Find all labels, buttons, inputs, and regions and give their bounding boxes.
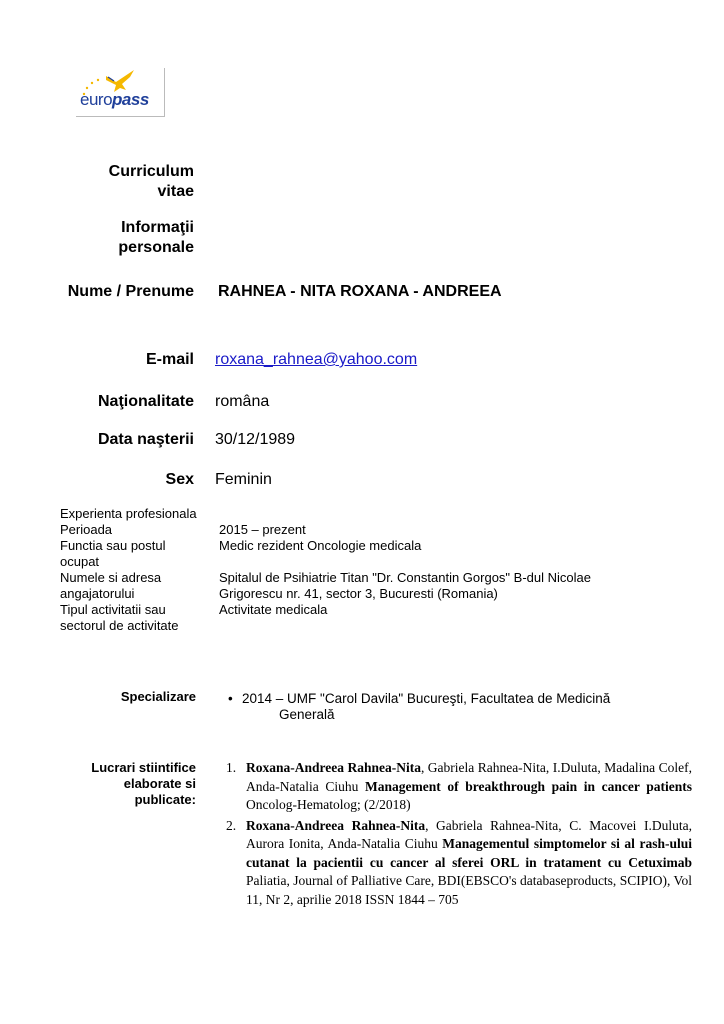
birthdate-label: Data naşterii bbox=[98, 430, 194, 450]
employer-value: Spitalul de Psihiatrie Titan "Dr. Consta… bbox=[219, 570, 649, 602]
employer-label: Numele si adresa angajatorului bbox=[60, 570, 200, 602]
specialization-line2: Generală bbox=[228, 707, 658, 723]
activity-label: Tipul activitatii sau sectorul de activi… bbox=[60, 602, 200, 634]
publication-item: 1.Roxana-Andreea Rahnea-Nita, Gabriela R… bbox=[222, 759, 692, 815]
specialization-item: • 2014 – UMF "Carol Davila" Bucureşti, F… bbox=[228, 691, 658, 723]
position-label: Functia sau postul ocupat bbox=[60, 538, 205, 570]
specialization-label: Specializare bbox=[121, 689, 196, 705]
email-label: E-mail bbox=[146, 350, 194, 370]
period-label: Perioada bbox=[60, 522, 210, 538]
period-value: 2015 – prezent bbox=[219, 522, 306, 538]
birthdate-value: 30/12/1989 bbox=[215, 430, 295, 450]
experience-heading: Experienta profesionala bbox=[60, 506, 260, 522]
sex-label: Sex bbox=[166, 470, 194, 490]
name-value: RAHNEA - NITA ROXANA - ANDREEA bbox=[218, 282, 502, 302]
activity-value: Activitate medicala bbox=[219, 602, 327, 618]
publications-label: Lucrari stiintifice elaborate si publica… bbox=[91, 760, 196, 808]
europass-logo: europass bbox=[76, 68, 165, 117]
email-link[interactable]: roxana_rahnea@yahoo.com bbox=[215, 350, 417, 370]
position-value: Medic rezident Oncologie medicala bbox=[219, 538, 421, 554]
nationality-value: româna bbox=[215, 392, 269, 412]
cv-title: Curriculum vitae bbox=[109, 162, 194, 202]
name-label: Nume / Prenume bbox=[68, 282, 194, 302]
personal-info-heading: Informaţii personale bbox=[118, 218, 194, 258]
europass-wordmark: europass bbox=[80, 90, 149, 110]
bullet-icon: • bbox=[228, 691, 233, 707]
nationality-label: Naţionalitate bbox=[98, 392, 194, 412]
specialization-line1: 2014 – UMF "Carol Davila" Bucureşti, Fac… bbox=[228, 691, 658, 707]
publication-item: 2.Roxana-Andreea Rahnea-Nita, Gabriela R… bbox=[222, 817, 692, 910]
publications-list: 1.Roxana-Andreea Rahnea-Nita, Gabriela R… bbox=[222, 759, 692, 911]
sex-value: Feminin bbox=[215, 470, 272, 490]
